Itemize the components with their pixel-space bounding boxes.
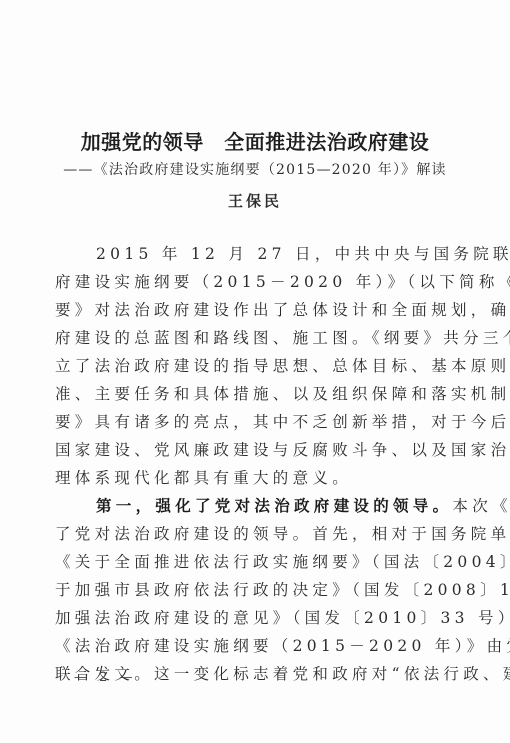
- paragraph-line: 于加强市县政府依法行政的决定》（国发〔2008〕17 号）、《关于: [55, 576, 455, 604]
- paragraph-line: 立了法治政府建设的指导思想、总体目标、基本原则、衡量标: [55, 352, 455, 380]
- paragraph-line-rest: 本次《纲要》强化: [452, 497, 510, 515]
- document-page: 加强党的领导 全面推进法治政府建设 ——《法治政府建设实施纲要（2015—202…: [0, 0, 510, 743]
- paragraph-intro: 2015 年 12 月 27 日，中共中央与国务院联合印发了《法治政 府建设实施…: [55, 240, 455, 492]
- paragraph-line: 要》对法治政府建设作出了总体设计和全面规划，确定了法治政: [55, 296, 455, 324]
- paragraph-line: 《关于全面推进依法行政实施纲要》（国法〔2004〕10 号）、《关: [55, 548, 455, 576]
- paragraph-line: 国家建设、党风廉政建设与反腐败斗争、以及国家治理能力和治: [55, 436, 455, 464]
- document-title: 加强党的领导 全面推进法治政府建设: [0, 128, 510, 156]
- page-number: — 2 —: [74, 668, 137, 688]
- section-heading: 第一，强化了党对法治政府建设的领导。: [96, 496, 452, 515]
- paragraph-line: 了党对法治政府建设的领导。首先，相对于国务院单独发布的: [55, 520, 455, 548]
- paragraph-line: 要》具有诸多的亮点，其中不乏创新举措，对于今后我国的法治: [55, 408, 455, 436]
- paragraph-line: 理体系现代化都具有重大的意义。: [55, 464, 455, 492]
- document-author: 王保民: [0, 190, 510, 212]
- paragraph-line: 府建设的总蓝图和路线图、施工图。《纲要》共分三个部分，确: [55, 324, 455, 352]
- document-subtitle: ——《法治政府建设实施纲要（2015—2020 年）》解读: [0, 159, 510, 181]
- paragraph-line: 《法治政府建设实施纲要（2015－2020 年）》由党中央和国务院: [55, 632, 455, 660]
- paragraph-line: 2015 年 12 月 27 日，中共中央与国务院联合印发了《法治政: [55, 240, 455, 268]
- paragraph-line: 准、主要任务和具体措施、以及组织保障和落实机制。本次《纲: [55, 380, 455, 408]
- paragraph-line: 加强法治政府建设的意见》（国发〔2010〕33 号），2015 年的: [55, 604, 455, 632]
- paragraph-line: 府建设实施纲要（2015－2020 年）》（以下简称《纲要》）。《纲: [55, 268, 455, 296]
- paragraph-first-point: 第一，强化了党对法治政府建设的领导。本次《纲要》强化 了党对法治政府建设的领导。…: [55, 492, 455, 688]
- paragraph-first-line: 第一，强化了党对法治政府建设的领导。本次《纲要》强化: [55, 492, 455, 520]
